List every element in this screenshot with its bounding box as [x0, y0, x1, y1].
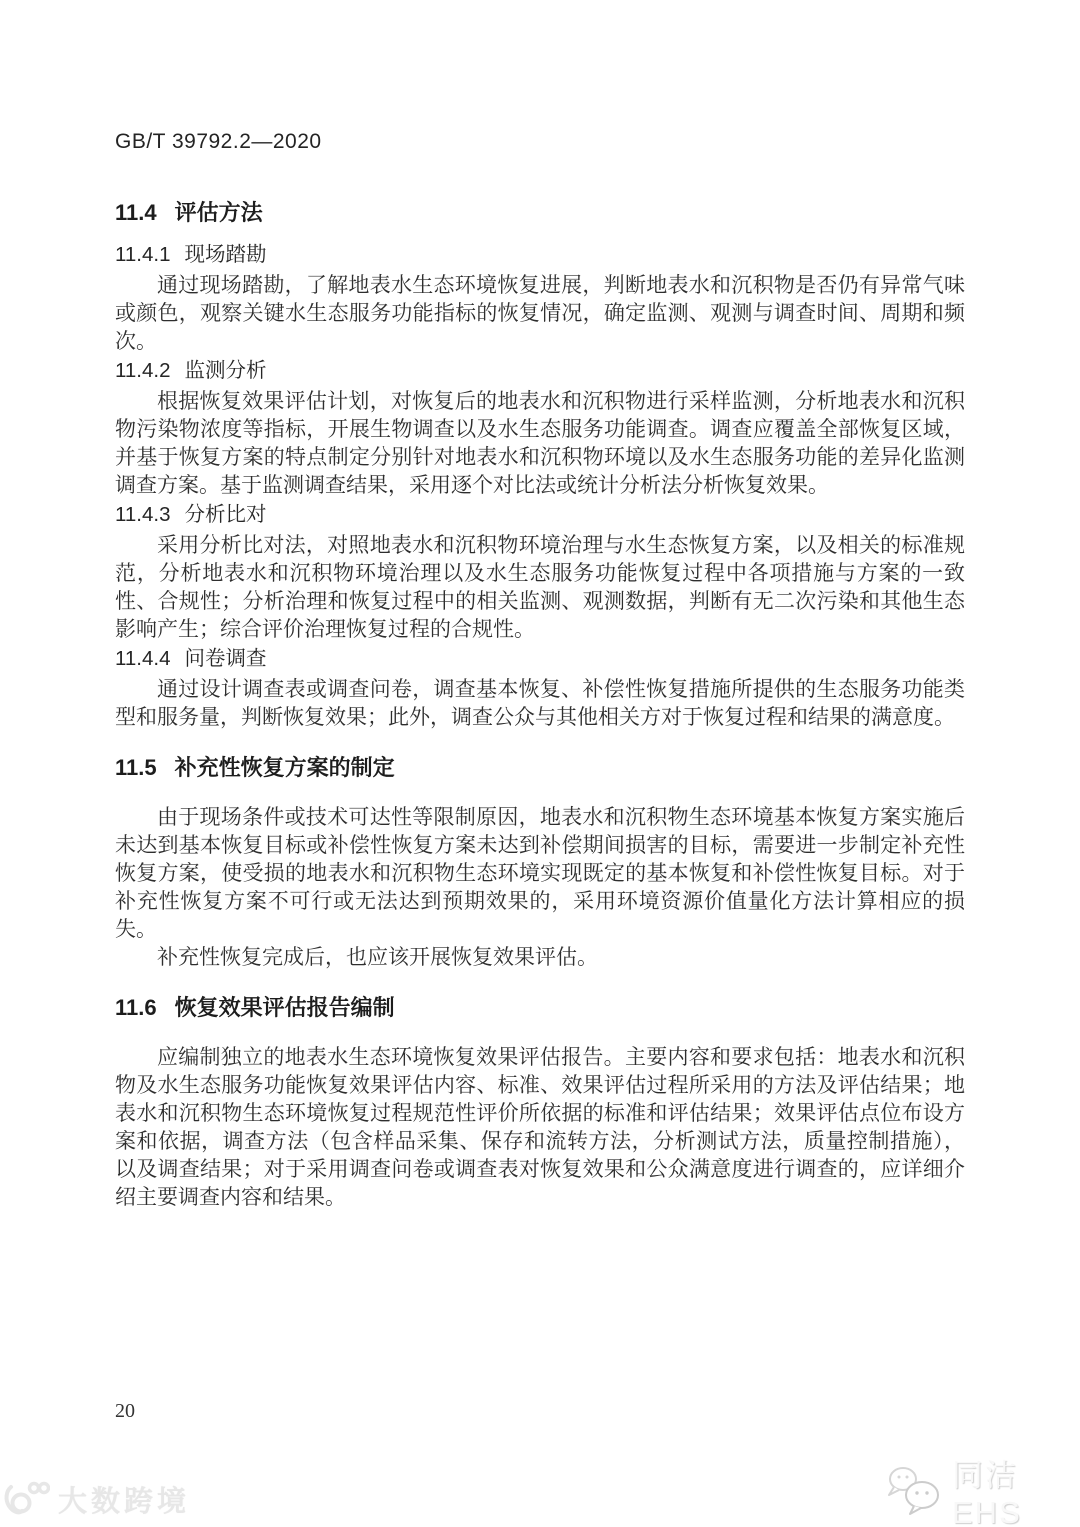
clause-number: 11.4.2 [115, 359, 170, 382]
paragraph: 补充性恢复完成后，也应该开展恢复效果评估。 [115, 943, 965, 971]
section-heading-11-6: 11.6恢复效果评估报告编制 [115, 995, 965, 1021]
paragraph: 应编制独立的地表水生态环境恢复效果评估报告。主要内容和要求包括：地表水和沉积物及… [115, 1043, 965, 1211]
page-content: GB/T 39792.2—2020 11.4评估方法 11.4.1现场踏勘 通过… [115, 130, 965, 1211]
section-number: 11.6 [115, 995, 157, 1020]
clause-heading-11-4-1: 11.4.1现场踏勘 [115, 242, 965, 268]
clause-heading-11-4-2: 11.4.2监测分析 [115, 358, 965, 384]
watermark-text: 大数跨境 [58, 1479, 190, 1520]
page-number: 20 [115, 1400, 135, 1423]
clause-title: 监测分析 [184, 360, 266, 382]
clause-title: 分析比对 [184, 504, 266, 526]
clause-number: 11.4.1 [115, 243, 170, 266]
section-title: 补充性恢复方案的制定 [175, 755, 395, 780]
dashukuajing-logo-icon [2, 1478, 50, 1520]
clause-title: 现场踏勘 [184, 244, 266, 266]
clause-heading-11-4-3: 11.4.3分析比对 [115, 502, 965, 528]
section-title: 恢复效果评估报告编制 [175, 995, 395, 1020]
section-heading-11-5: 11.5补充性恢复方案的制定 [115, 755, 965, 781]
clause-heading-11-4-4: 11.4.4问卷调查 [115, 646, 965, 672]
section-number: 11.4 [115, 200, 157, 225]
watermark-text: 同洁EHS [952, 1450, 1080, 1527]
paragraph: 通过现场踏勘，了解地表水生态环境恢复进展，判断地表水和沉积物是否仍有异常气味或颜… [115, 271, 965, 355]
watermark-bottom-right: 同洁EHS [884, 1450, 1080, 1527]
document-page: GB/T 39792.2—2020 11.4评估方法 11.4.1现场踏勘 通过… [0, 0, 1080, 1527]
standard-number: GB/T 39792.2—2020 [115, 130, 965, 154]
clause-number: 11.4.4 [115, 647, 170, 670]
clause-number: 11.4.3 [115, 503, 170, 526]
paragraph: 通过设计调查表或调查问卷，调查基本恢复、补偿性恢复措施所提供的生态服务功能类型和… [115, 675, 965, 731]
watermark-bottom-left: 大数跨境 [2, 1478, 190, 1520]
paragraph: 由于现场条件或技术可达性等限制原因，地表水和沉积物生态环境基本恢复方案实施后未达… [115, 803, 965, 943]
section-title: 评估方法 [175, 200, 263, 225]
paragraph: 根据恢复效果评估计划，对恢复后的地表水和沉积物进行采样监测，分析地表水和沉积物污… [115, 387, 965, 499]
section-heading-11-4: 11.4评估方法 [115, 200, 965, 226]
section-number: 11.5 [115, 755, 157, 780]
clause-title: 问卷调查 [184, 648, 266, 670]
wechat-icon [884, 1464, 946, 1518]
paragraph: 采用分析比对法，对照地表水和沉积物环境治理与水生态恢复方案，以及相关的标准规范，… [115, 531, 965, 643]
